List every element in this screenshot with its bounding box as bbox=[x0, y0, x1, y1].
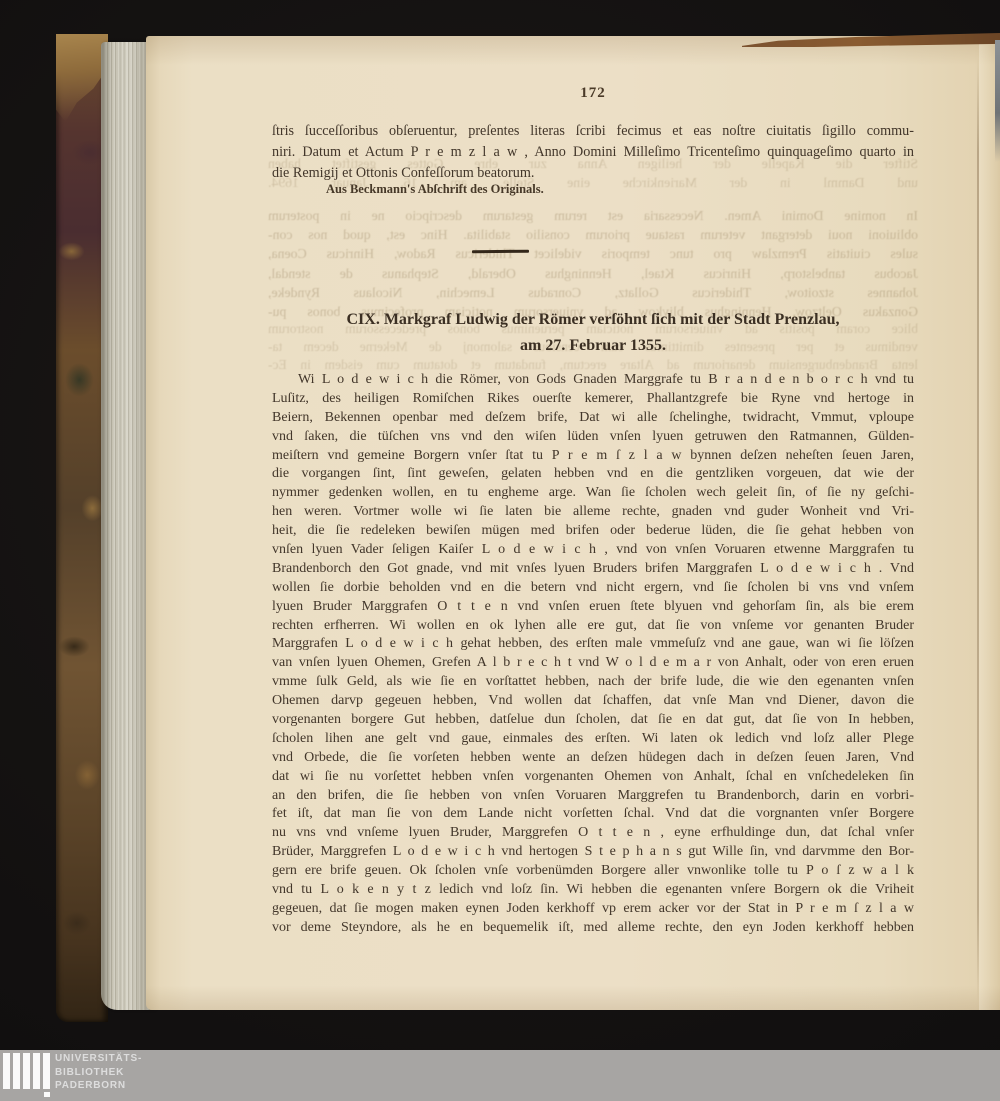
watermark-line2: BIBLIOTHEK bbox=[55, 1066, 142, 1080]
book-page: 172 Stifter die Kapelle der heiligen Ann… bbox=[146, 36, 1000, 1010]
charter-body-paragraph-line-23: an den brifen, die ſie hebben von vnſen … bbox=[272, 787, 914, 806]
latin-closing-paragraph-line-2: niri. Datum et Actum P r e m z l a w , A… bbox=[272, 142, 914, 163]
watermark-band: UNIVERSITÄTS- BIBLIOTHEK PADERBORN bbox=[0, 1050, 1000, 1101]
charter-body-paragraph-line-9: heit, die ſie redeleken bewiſen mügen me… bbox=[272, 522, 914, 541]
logo-dot bbox=[44, 1092, 50, 1097]
source-note: Aus Beckmann's Abſchrift des Originals. bbox=[326, 182, 544, 197]
charter-body-paragraph-line-12: wollen ſie dorbie beholden vnd en die be… bbox=[272, 579, 914, 598]
charter-body-paragraph-line-5: meiſtern vnd gemeine Borgern vnſer ſtat … bbox=[272, 447, 914, 466]
ghost-showthrough-middle-line-1: In nomine Domini Amen. Necessaria est re… bbox=[268, 206, 918, 225]
charter-body-paragraph-line-26: Brüder, Marggrefen L o d e w i c h vnd h… bbox=[272, 843, 914, 862]
charter-body-paragraph-line-20: ſcholen lihen ane gelt vnd gaue, einmale… bbox=[272, 730, 914, 749]
page-number: 172 bbox=[272, 85, 914, 102]
charter-body-paragraph-line-1: Wi L o d e w i c h die Römer, von Gods G… bbox=[272, 371, 914, 390]
logo-bar bbox=[3, 1053, 10, 1089]
logo-bar bbox=[33, 1053, 40, 1089]
charter-body-paragraph-line-25: nu vns vnd vnſeme lyuen Bruder, Marggref… bbox=[272, 824, 914, 843]
charter-body-paragraph-line-19: vorgenanten borgere Gut hebben, datſelue… bbox=[272, 711, 914, 730]
logo-bar bbox=[43, 1053, 50, 1089]
charter-body-paragraph-line-11: Brandenborch den Got gnade, vnd mit vnſe… bbox=[272, 560, 914, 579]
latin-closing-paragraph: ſtris ſucceſſoribus obſeruentur, preſent… bbox=[272, 121, 914, 184]
charter-body-paragraph-line-28: vnd tu L o k e n y t z ledich vnd loſz ſ… bbox=[272, 881, 914, 900]
charter-body-paragraph-line-27: gern ere brife geuen. Ok ſcholen vnſe vo… bbox=[272, 862, 914, 881]
charter-body-paragraph-line-22: dat wi ſie nu vorſettet hebben vnſen vor… bbox=[272, 768, 914, 787]
scanned-book-photo: 172 Stifter die Kapelle der heiligen Ann… bbox=[0, 0, 1000, 1101]
charter-body-paragraph-line-10: vnſen lyuen Vader ſeligen Kaiſer L o d e… bbox=[272, 541, 914, 560]
watermark-line1: UNIVERSITÄTS- bbox=[55, 1052, 142, 1066]
document-heading-line1: CIX. Markgraf Ludwig der Römer verſöhnt … bbox=[272, 309, 914, 331]
ghost-showthrough-middle-line-5: Johannes stzoitow, Thidericus Gollatz, C… bbox=[268, 283, 918, 302]
charter-body-paragraph-line-6: die vorgangen ſint, ſint geweſen, gelate… bbox=[272, 465, 914, 484]
watermark-line3: PADERBORN bbox=[55, 1079, 142, 1093]
charter-body-paragraph-line-17: vmme ſulk Geld, als wie ſie en vorſtatte… bbox=[272, 673, 914, 692]
charter-body-paragraph-line-18: Ohemen darvp gegeuen hebben, Vnd wollen … bbox=[272, 692, 914, 711]
ghost-showthrough-middle-line-4: Jacobus tanbelstorp, Hinricus Ktael, Hen… bbox=[268, 264, 918, 283]
charter-body-paragraph-line-24: fet iſt, dat man ſie von dem Lande nicht… bbox=[272, 805, 914, 824]
ghost-showthrough-middle: In nomine Domini Amen. Necessaria est re… bbox=[268, 206, 918, 321]
right-book-edge bbox=[995, 40, 1000, 162]
charter-body-paragraph-line-3: Beiern, Bekennen openbar med deſzem brif… bbox=[272, 409, 914, 428]
logo-bar bbox=[13, 1053, 20, 1089]
charter-body-paragraph-line-7: nymmer gedenken wollen, en tu engheme ar… bbox=[272, 484, 914, 503]
latin-closing-paragraph-line-3: die Remigij et Ottonis Confeſſorum beato… bbox=[272, 163, 914, 184]
ink-underline-mark bbox=[472, 250, 529, 254]
charter-body-paragraph-line-4: vnd ſaken, die tüſchen vns vnd den wiſen… bbox=[272, 428, 914, 447]
charter-body-paragraph-line-29: gegeuen, dat ſie mogen maken eynen Joden… bbox=[272, 900, 914, 919]
document-heading-line2: am 27. Februar 1355. bbox=[272, 335, 914, 357]
charter-body-paragraph-line-13: lyuen Bruder Marggrafen O t t e n vnd vn… bbox=[272, 598, 914, 617]
charter-body-paragraph-line-30: vor deme Steyndore, als he en bequemelik… bbox=[272, 919, 914, 938]
charter-body-paragraph-line-16: van vnſen lyuen Ohemen, Grefen A l b r e… bbox=[272, 654, 914, 673]
charter-body-paragraph-line-15: Marggrafen L o d e w i c h gehat hebben,… bbox=[272, 635, 914, 654]
charter-body-paragraph-line-2: Luſitz, des heiligen Romiſchen Rikes oue… bbox=[272, 390, 914, 409]
logo-bar bbox=[23, 1053, 30, 1089]
charter-body-paragraph-line-14: rechten erfherren. Wi wollen en ok lyhen… bbox=[272, 617, 914, 636]
charter-body-paragraph: Wi L o d e w i c h die Römer, von Gods G… bbox=[272, 371, 914, 938]
watermark-text: UNIVERSITÄTS- BIBLIOTHEK PADERBORN bbox=[55, 1052, 142, 1093]
ghost-showthrough-middle-line-3: sules ciuitatis Premzlaw pro tunc tempor… bbox=[268, 244, 918, 263]
page-fold-highlight bbox=[979, 36, 1000, 1010]
charter-body-paragraph-line-21: vnd Orbede, die ſie vorſeten hebben went… bbox=[272, 749, 914, 768]
latin-closing-paragraph-line-1: ſtris ſucceſſoribus obſeruentur, preſent… bbox=[272, 121, 914, 142]
charter-body-paragraph-line-8: hen weren. Vortmer wolle wi ſie laten bi… bbox=[272, 503, 914, 522]
ghost-showthrough-middle-line-2: obliuioni noui detergant veterum rastaue… bbox=[268, 225, 918, 244]
